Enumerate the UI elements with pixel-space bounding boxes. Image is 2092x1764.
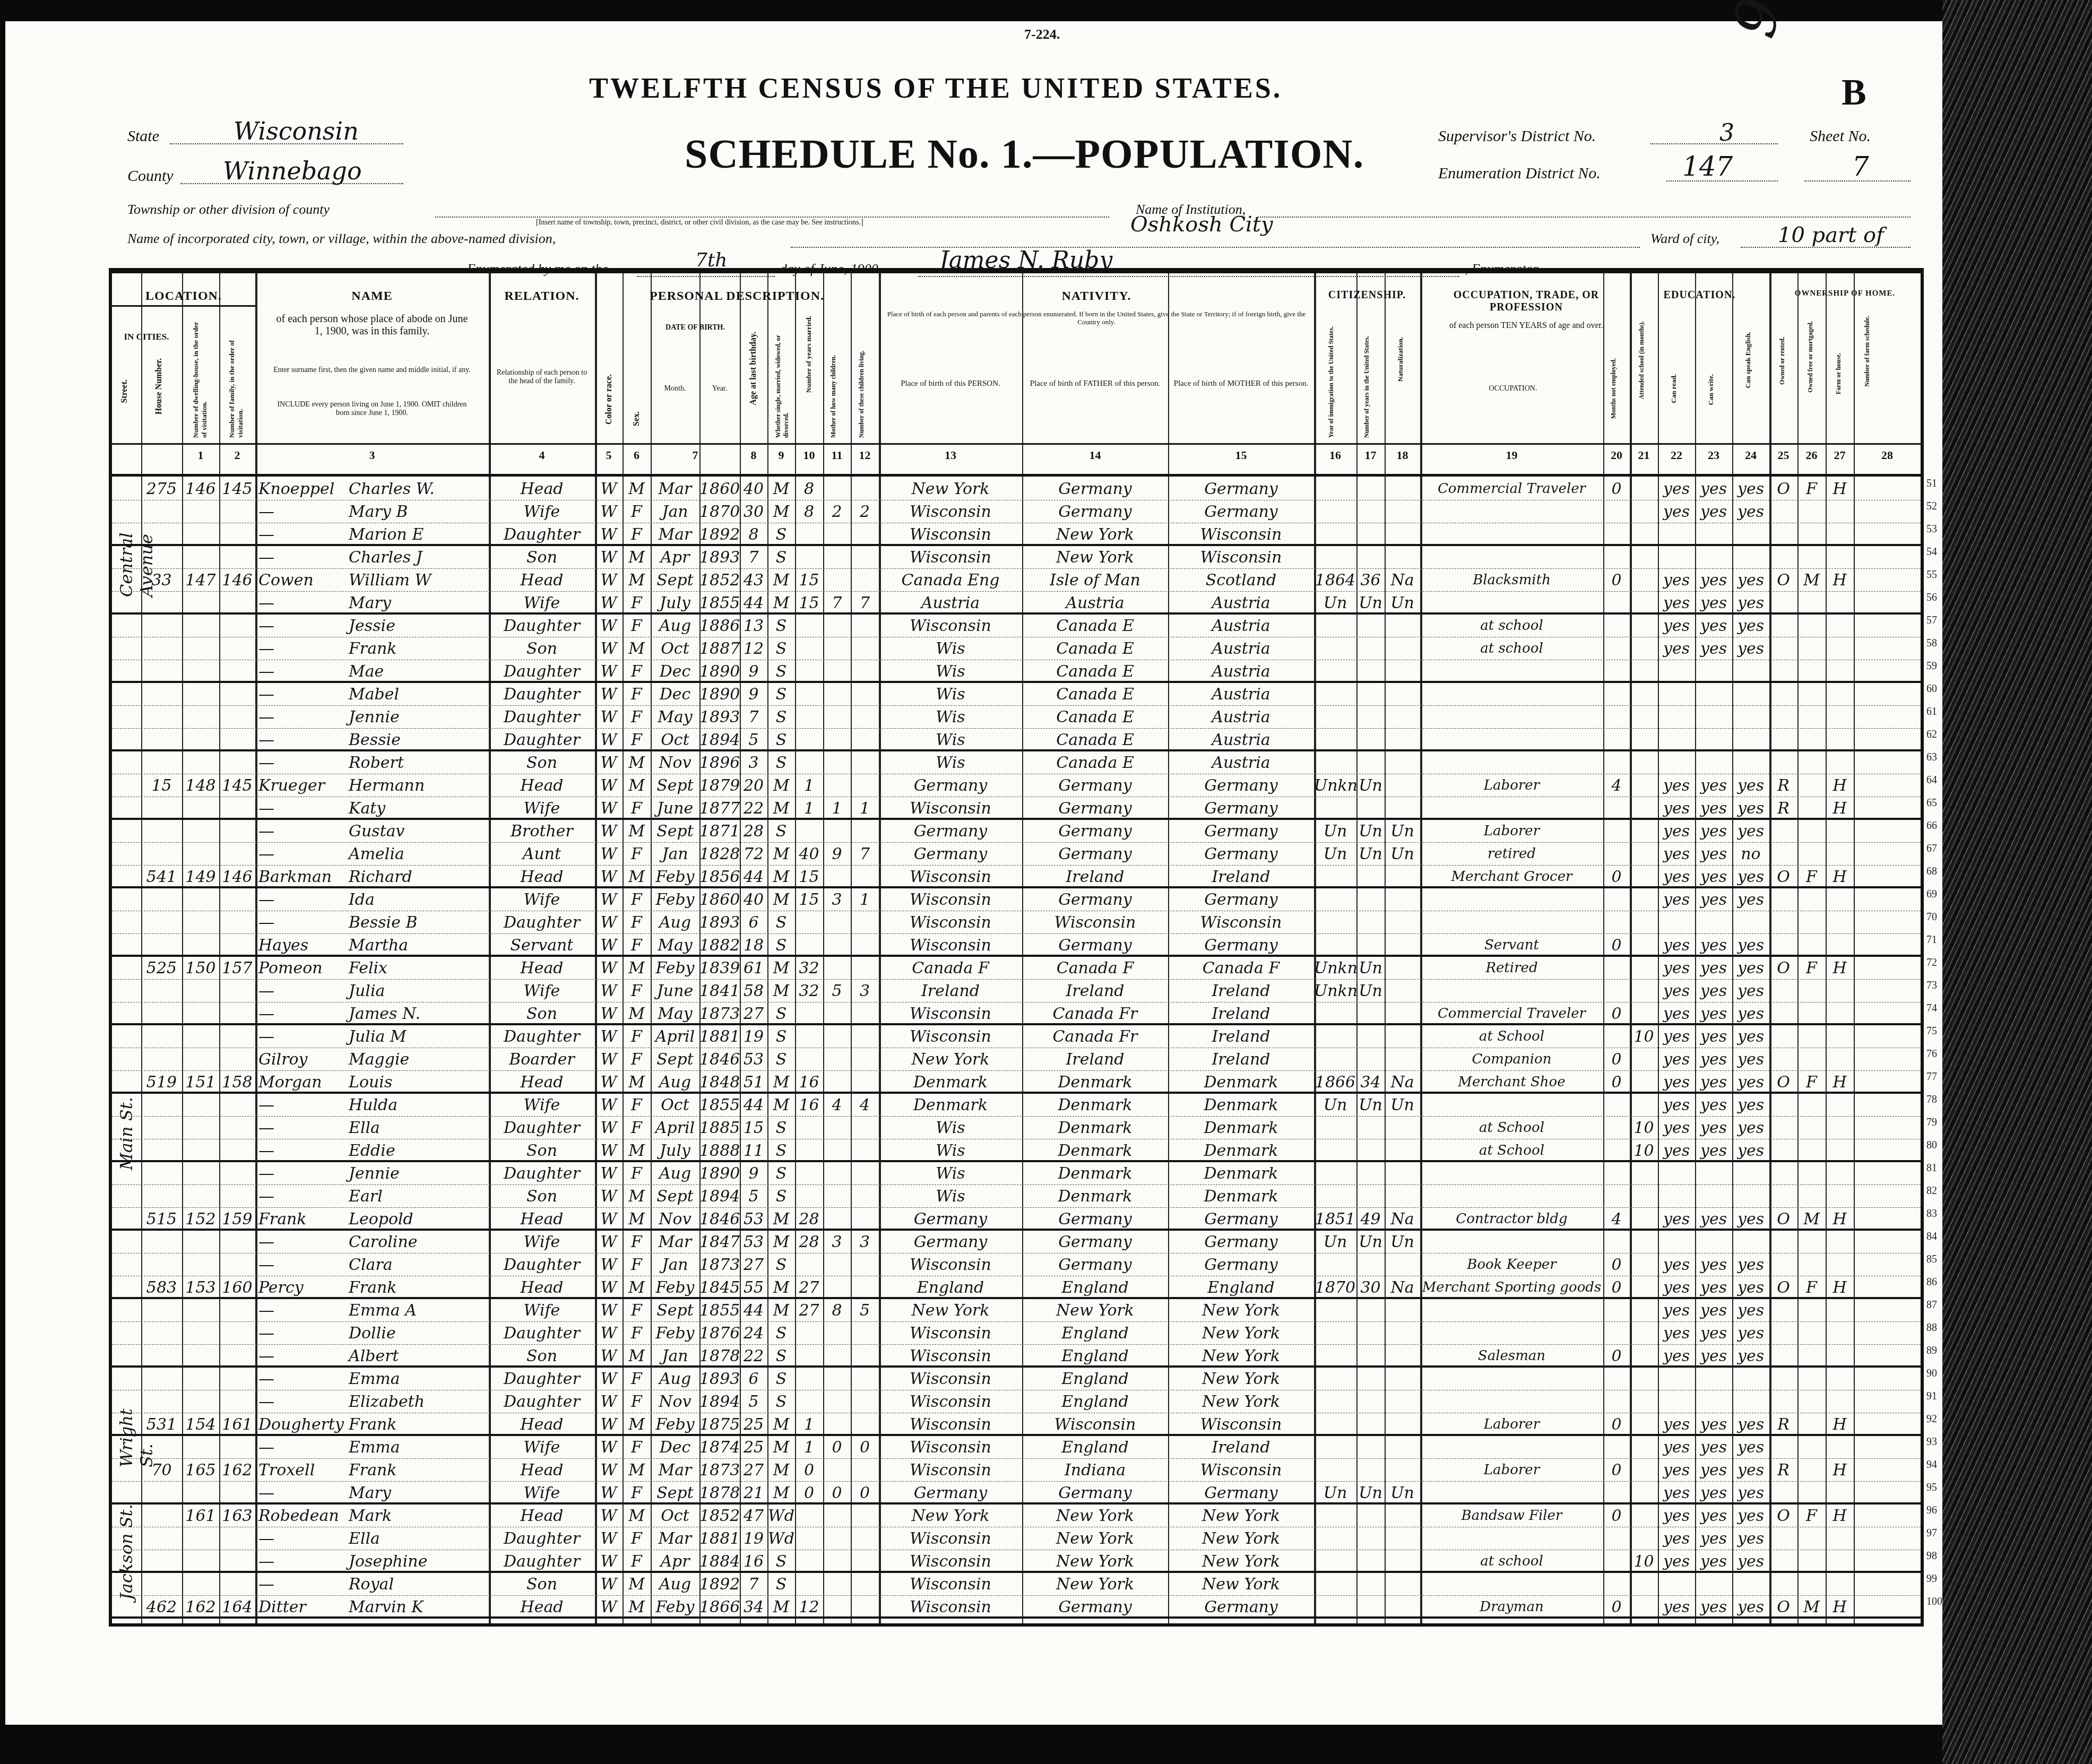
cell-mother: New York — [1168, 1504, 1314, 1527]
cell-year: 1856 — [699, 866, 740, 888]
cell-living — [851, 1071, 879, 1094]
cell-immig — [1314, 1504, 1356, 1527]
cell-english: yes — [1732, 1048, 1769, 1071]
cell-given: Dollie — [345, 1322, 492, 1345]
cell-own — [1769, 1368, 1797, 1390]
form-number: 7-224. — [1024, 27, 1060, 42]
cell-dwelling — [182, 1299, 219, 1322]
line-number: 61 — [1926, 706, 1937, 718]
cell-occupation: at school — [1420, 615, 1603, 637]
cell-english — [1732, 1390, 1769, 1413]
cell-nat — [1385, 615, 1420, 637]
cell-dwelling: 148 — [182, 774, 219, 797]
cell-dwelling — [182, 1117, 219, 1139]
cell-father: Isle of Man — [1022, 569, 1168, 592]
cell-yrs-married — [795, 1002, 823, 1025]
cell-given: Emma — [345, 1368, 492, 1390]
cell-mother-of — [823, 1596, 851, 1619]
cell-nat — [1385, 1504, 1420, 1527]
cell-living — [851, 1368, 879, 1390]
cell-free — [1797, 1550, 1826, 1573]
cell-occupation — [1420, 911, 1603, 934]
cell-month: Aug — [651, 1368, 699, 1390]
cell-year: 1893 — [699, 706, 740, 729]
cell-mother-of: 0 — [823, 1482, 851, 1504]
cell-yrs-married: 1 — [795, 774, 823, 797]
cell-write — [1695, 660, 1732, 683]
cell-yrs-us — [1356, 729, 1385, 751]
cell-occupation: at school — [1420, 1550, 1603, 1573]
cell-color: W — [595, 1162, 623, 1185]
cell-sex: F — [623, 1162, 651, 1185]
cell-age: 47 — [740, 1504, 767, 1527]
cell-own — [1769, 1048, 1797, 1071]
cell-school — [1630, 592, 1658, 615]
cell-own — [1769, 523, 1797, 546]
citizenship-header: CITIZENSHIP. — [1314, 289, 1420, 301]
cell-year: 1894 — [699, 729, 740, 751]
cell-write: yes — [1695, 1482, 1732, 1504]
cell-month: June — [651, 980, 699, 1002]
cell-birth: Wisconsin — [879, 500, 1022, 523]
cell-year: 1890 — [699, 660, 740, 683]
cell-father: Denmark — [1022, 1162, 1168, 1185]
cell-given: Katy — [345, 797, 492, 820]
cell-own — [1769, 500, 1797, 523]
cell-read: yes — [1658, 843, 1695, 866]
cell-relation: Son — [489, 1002, 595, 1025]
cell-free — [1797, 1436, 1826, 1459]
line-number: 70 — [1926, 911, 1937, 923]
cell-month: July — [651, 1139, 699, 1162]
line-number: 58 — [1926, 637, 1937, 650]
cell-house — [141, 1482, 182, 1504]
cell-mother: Germany — [1168, 478, 1314, 500]
cell-month: Jan — [651, 1253, 699, 1276]
cell-marital: M — [767, 592, 795, 615]
table-row: —ElizabethDaughterWFNov18945SWisconsinEn… — [112, 1390, 1921, 1413]
cell-sex: M — [623, 1002, 651, 1025]
cell-immig — [1314, 1253, 1356, 1276]
cell-given: Albert — [345, 1345, 492, 1368]
cell-english: yes — [1732, 1139, 1769, 1162]
cell-year: 1846 — [699, 1048, 740, 1071]
cell-nat — [1385, 683, 1420, 706]
col-number: 15 — [1168, 448, 1314, 462]
cell-unemp — [1603, 1139, 1630, 1162]
can-speak-english-header: Can speak English. — [1744, 332, 1752, 388]
cell-yrs-us: Un — [1356, 592, 1385, 615]
cell-mother-of — [823, 569, 851, 592]
table-row: —RobertSonWMNov18963SWisCanada EAustria — [112, 751, 1921, 774]
cell-relation: Head — [489, 1276, 595, 1299]
cell-living — [851, 1573, 879, 1596]
cell-nat — [1385, 523, 1420, 546]
cell-unemp: 0 — [1603, 1459, 1630, 1482]
cell-month: Sept — [651, 820, 699, 843]
cell-month: Mar — [651, 1231, 699, 1253]
cell-mother: Ireland — [1168, 1436, 1314, 1459]
table-row: —DollieDaughterWFFeby187624SWisconsinEng… — [112, 1322, 1921, 1345]
cell-immig — [1314, 1139, 1356, 1162]
cell-sex: F — [623, 706, 651, 729]
cell-relation: Head — [489, 1459, 595, 1482]
cell-free — [1797, 1002, 1826, 1025]
cell-age: 44 — [740, 1094, 767, 1117]
cell-given: Jennie — [345, 706, 492, 729]
cell-nat — [1385, 1596, 1420, 1619]
cell-nat — [1385, 1048, 1420, 1071]
cell-given: Ella — [345, 1117, 492, 1139]
cell-yrs-us: Un — [1356, 957, 1385, 980]
cell-marital: S — [767, 1162, 795, 1185]
cell-given: Charles W. — [345, 478, 492, 500]
cell-unemp — [1603, 1094, 1630, 1117]
cell-year: 1839 — [699, 957, 740, 980]
cell-birth: Wisconsin — [879, 1025, 1022, 1048]
cell-farm — [1826, 1048, 1854, 1071]
cell-father: England — [1022, 1322, 1168, 1345]
cell-dwelling — [182, 1345, 219, 1368]
cell-mother-of: 9 — [823, 843, 851, 866]
cell-living — [851, 706, 879, 729]
cell-birth: England — [879, 1276, 1022, 1299]
cell-living — [851, 820, 879, 843]
cell-year: 1873 — [699, 1253, 740, 1276]
cell-read: yes — [1658, 1117, 1695, 1139]
cell-english — [1732, 729, 1769, 751]
cell-english — [1732, 1573, 1769, 1596]
cell-nat — [1385, 546, 1420, 569]
cell-yrs-married: 1 — [795, 1413, 823, 1436]
cell-english: yes — [1732, 569, 1769, 592]
cell-color: W — [595, 1208, 623, 1231]
cell-sex: F — [623, 729, 651, 751]
cell-free: F — [1797, 1276, 1826, 1299]
cell-marital: S — [767, 911, 795, 934]
cell-relation: Head — [489, 478, 595, 500]
cell-school: 10 — [1630, 1139, 1658, 1162]
cell-house — [141, 1117, 182, 1139]
cell-month: Sept — [651, 774, 699, 797]
cell-father: Ireland — [1022, 1048, 1168, 1071]
cell-relation: Head — [489, 1504, 595, 1527]
cell-father: Ireland — [1022, 866, 1168, 888]
cell-marital: Wd — [767, 1527, 795, 1550]
cell-mother-of — [823, 1345, 851, 1368]
cell-color: W — [595, 1094, 623, 1117]
cell-free: M — [1797, 569, 1826, 592]
line-number: 92 — [1926, 1413, 1937, 1425]
cell-living: 7 — [851, 592, 879, 615]
cell-unemp: 0 — [1603, 1253, 1630, 1276]
cell-yrs-married — [795, 546, 823, 569]
cell-yrs-married — [795, 1185, 823, 1208]
cell-write: yes — [1695, 866, 1732, 888]
cell-house: 541 — [141, 866, 182, 888]
cell-living: 3 — [851, 1231, 879, 1253]
cell-read: yes — [1658, 774, 1695, 797]
cell-color: W — [595, 1139, 623, 1162]
cell-birth: Wis — [879, 729, 1022, 751]
cell-father: Indiana — [1022, 1459, 1168, 1482]
cell-write: yes — [1695, 1322, 1732, 1345]
cell-mother-of — [823, 1002, 851, 1025]
cell-school — [1630, 1436, 1658, 1459]
cell-yrs-married — [795, 1139, 823, 1162]
cell-relation: Head — [489, 774, 595, 797]
year-header: Year. — [699, 385, 740, 393]
cell-living: 0 — [851, 1436, 879, 1459]
cell-family: 160 — [219, 1276, 255, 1299]
cell-immig — [1314, 1322, 1356, 1345]
cell-immig — [1314, 615, 1356, 637]
cell-living: 4 — [851, 1094, 879, 1117]
cell-living — [851, 1596, 879, 1619]
cell-occupation — [1420, 1436, 1603, 1459]
cell-marital: S — [767, 1390, 795, 1413]
cell-family — [219, 683, 255, 706]
cell-mother: Denmark — [1168, 1139, 1314, 1162]
cell-yrs-married — [795, 1162, 823, 1185]
cell-unemp: 4 — [1603, 774, 1630, 797]
supervisor-district: 3 — [1719, 119, 1734, 146]
cell-school — [1630, 615, 1658, 637]
cell-house — [141, 1162, 182, 1185]
cell-immig — [1314, 1573, 1356, 1596]
cell-surname: — — [255, 820, 349, 843]
cell-yrs-us — [1356, 1596, 1385, 1619]
cell-marital: M — [767, 1094, 795, 1117]
cell-own — [1769, 1094, 1797, 1117]
line-number: 53 — [1926, 523, 1937, 535]
cell-relation: Servant — [489, 934, 595, 957]
cell-school — [1630, 1185, 1658, 1208]
cell-write: yes — [1695, 1117, 1732, 1139]
cell-read: yes — [1658, 1071, 1695, 1094]
cell-nat: Un — [1385, 592, 1420, 615]
cell-color: W — [595, 1002, 623, 1025]
cell-own — [1769, 1253, 1797, 1276]
cell-color: W — [595, 1276, 623, 1299]
cell-age: 44 — [740, 592, 767, 615]
marital-header: Whether single, married, widowed, or div… — [774, 316, 790, 438]
cell-occupation — [1420, 1527, 1603, 1550]
line-number: 99 — [1926, 1573, 1937, 1585]
cell-read: yes — [1658, 1482, 1695, 1504]
cell-write — [1695, 1231, 1732, 1253]
cell-school — [1630, 478, 1658, 500]
cell-english — [1732, 683, 1769, 706]
cell-marital: M — [767, 500, 795, 523]
cell-free — [1797, 1345, 1826, 1368]
cell-relation: Son — [489, 637, 595, 660]
cell-relation: Wife — [489, 1299, 595, 1322]
line-number: 95 — [1926, 1482, 1937, 1494]
cell-color: W — [595, 683, 623, 706]
cell-occupation: Book Keeper — [1420, 1253, 1603, 1276]
cell-write: yes — [1695, 1504, 1732, 1527]
cell-nat — [1385, 1253, 1420, 1276]
cell-mother-of — [823, 1527, 851, 1550]
cell-occupation — [1420, 1231, 1603, 1253]
cell-living: 1 — [851, 797, 879, 820]
cell-farm — [1826, 615, 1854, 637]
cell-farm — [1826, 751, 1854, 774]
cell-write: yes — [1695, 980, 1732, 1002]
cell-english: yes — [1732, 1482, 1769, 1504]
cell-living — [851, 1048, 879, 1071]
line-number: 98 — [1926, 1550, 1937, 1562]
cell-marital: S — [767, 1550, 795, 1573]
cell-yrs-married — [795, 1527, 823, 1550]
cell-occupation: Salesman — [1420, 1345, 1603, 1368]
cell-read: yes — [1658, 1459, 1695, 1482]
cell-own — [1769, 1527, 1797, 1550]
cell-free — [1797, 523, 1826, 546]
cell-year: 1888 — [699, 1139, 740, 1162]
cell-year: 1886 — [699, 615, 740, 637]
table-row: —MaryWifeWFSept187821M000GermanyGermanyG… — [112, 1482, 1921, 1504]
cell-mother: New York — [1168, 1573, 1314, 1596]
cell-living — [851, 478, 879, 500]
cell-dwelling — [182, 1048, 219, 1071]
table-row: —James N.SonWMMay187327SWisconsinCanada … — [112, 1002, 1921, 1025]
col-number: 6 — [623, 448, 651, 462]
cell-given: Julia M — [345, 1025, 492, 1048]
cell-farm — [1826, 637, 1854, 660]
cell-mother-of — [823, 751, 851, 774]
cell-marital: M — [767, 1231, 795, 1253]
cell-given: Mark — [345, 1504, 492, 1527]
cell-age: 44 — [740, 1299, 767, 1322]
cell-yrs-married — [795, 1573, 823, 1596]
cell-mother-of — [823, 820, 851, 843]
cell-english — [1732, 1368, 1769, 1390]
cell-age: 34 — [740, 1596, 767, 1619]
cell-unemp — [1603, 592, 1630, 615]
cell-school — [1630, 546, 1658, 569]
cell-surname: — — [255, 1322, 349, 1345]
cell-unemp — [1603, 843, 1630, 866]
cell-mother-of — [823, 1071, 851, 1094]
cell-color: W — [595, 1025, 623, 1048]
cell-living: 0 — [851, 1482, 879, 1504]
cell-sex: M — [623, 1413, 651, 1436]
cell-year: 1841 — [699, 980, 740, 1002]
line-number: 64 — [1926, 774, 1937, 786]
cell-write — [1695, 683, 1732, 706]
table-row: —EmmaWifeWFDec187425M100WisconsinEngland… — [112, 1436, 1921, 1459]
cell-given: Ida — [345, 888, 492, 911]
relation-description: Relationship of each person to the head … — [494, 369, 590, 386]
cell-write — [1695, 1185, 1732, 1208]
month-header: Month. — [651, 385, 699, 393]
cell-free — [1797, 500, 1826, 523]
cell-school — [1630, 1048, 1658, 1071]
cell-yrs-married — [795, 1025, 823, 1048]
cell-free — [1797, 911, 1826, 934]
cell-surname: — — [255, 523, 349, 546]
line-number: 67 — [1926, 843, 1937, 855]
cell-read — [1658, 729, 1695, 751]
cell-own — [1769, 1002, 1797, 1025]
cell-father: New York — [1022, 546, 1168, 569]
cell-living — [851, 1276, 879, 1299]
cell-marital: M — [767, 1299, 795, 1322]
cell-age: 40 — [740, 478, 767, 500]
cell-age: 5 — [740, 1390, 767, 1413]
cell-birth: Germany — [879, 1482, 1022, 1504]
state-value: Wisconsin — [234, 117, 359, 145]
cell-color: W — [595, 660, 623, 683]
cell-dwelling — [182, 637, 219, 660]
cell-own: O — [1769, 957, 1797, 980]
cell-read: yes — [1658, 1276, 1695, 1299]
cell-own: O — [1769, 1276, 1797, 1299]
cell-year: 1876 — [699, 1322, 740, 1345]
cell-nat — [1385, 1162, 1420, 1185]
cell-given: Josephine — [345, 1550, 492, 1573]
cell-free — [1797, 1117, 1826, 1139]
cell-farm — [1826, 1094, 1854, 1117]
cell-read: yes — [1658, 1596, 1695, 1619]
cell-mother-of — [823, 729, 851, 751]
cell-living — [851, 1002, 879, 1025]
cell-given: Hermann — [345, 774, 492, 797]
cell-own — [1769, 934, 1797, 957]
cell-living — [851, 934, 879, 957]
cell-immig: Un — [1314, 1094, 1356, 1117]
cell-school — [1630, 1573, 1658, 1596]
cell-relation: Wife — [489, 797, 595, 820]
cell-color: W — [595, 911, 623, 934]
cell-immig — [1314, 934, 1356, 957]
cell-surname: — — [255, 1527, 349, 1550]
cell-farm: H — [1826, 1276, 1854, 1299]
table-row: 33147146CowenWilliam WHeadWMSept185243M1… — [112, 569, 1921, 592]
cell-mother: Germany — [1168, 843, 1314, 866]
cell-father: Denmark — [1022, 1139, 1168, 1162]
name-header: NAME — [255, 289, 489, 304]
cell-marital: M — [767, 980, 795, 1002]
cell-year: 1855 — [699, 1094, 740, 1117]
cell-nat: Na — [1385, 1071, 1420, 1094]
cell-mother-of: 3 — [823, 1231, 851, 1253]
cell-house: 525 — [141, 957, 182, 980]
cell-dwelling — [182, 1253, 219, 1276]
cell-yrs-married: 8 — [795, 478, 823, 500]
cell-surname: — — [255, 1390, 349, 1413]
table-row: —Bessie BDaughterWFAug18936SWisconsinWis… — [112, 911, 1921, 934]
cell-english: yes — [1732, 1299, 1769, 1322]
occupation-group-header: OCCUPATION, TRADE, OR PROFESSION — [1423, 289, 1630, 314]
cell-surname: — — [255, 980, 349, 1002]
cell-sex: M — [623, 1573, 651, 1596]
cell-living — [851, 1253, 879, 1276]
cell-nat — [1385, 1527, 1420, 1550]
cell-family — [219, 1390, 255, 1413]
sex-header: Sex. — [632, 411, 642, 426]
cell-immig — [1314, 1162, 1356, 1185]
cell-occupation: Laborer — [1420, 1459, 1603, 1482]
cell-house — [141, 1550, 182, 1573]
cell-birth: New York — [879, 1048, 1022, 1071]
cell-own — [1769, 660, 1797, 683]
cell-father: Denmark — [1022, 1185, 1168, 1208]
cell-nat — [1385, 1573, 1420, 1596]
table-row: —EddieSonWMJuly188811SWisDenmarkDenmarka… — [112, 1139, 1921, 1162]
